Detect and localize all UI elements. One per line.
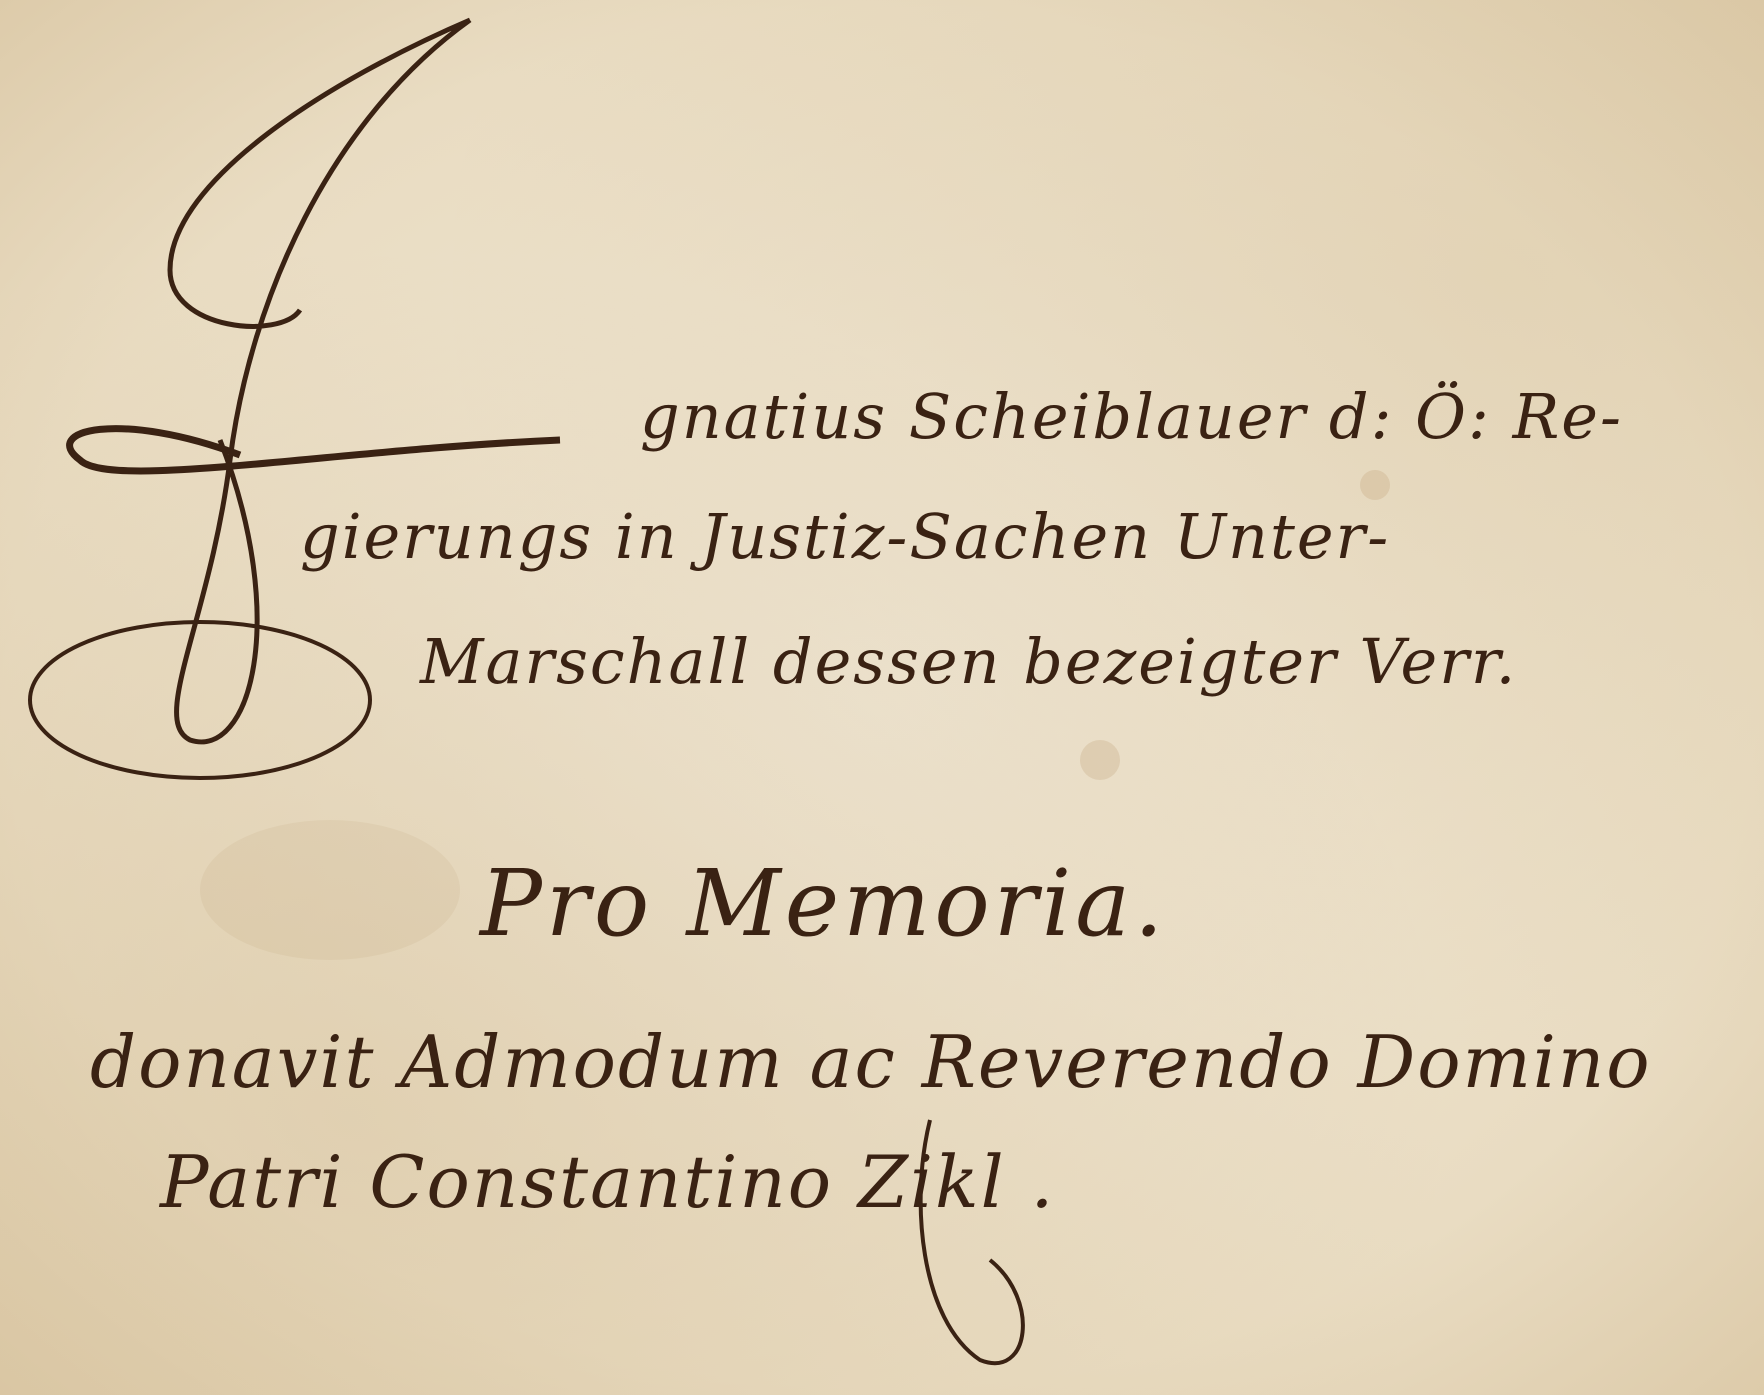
ink-stain [1080, 740, 1120, 780]
paper-stain [200, 820, 460, 960]
text-line-3: Marschall dessen bezeigter Verr. [420, 625, 1517, 698]
ink-stain [1360, 470, 1390, 500]
signature-flourish [900, 1080, 1200, 1380]
text-line-5: donavit Admodum ac Reverendo Domino [90, 1020, 1652, 1104]
text-line-1: gnatius Scheiblauer d: Ö: Re- [640, 380, 1623, 453]
pro-memoria-title: Pro Memoria. [480, 850, 1167, 957]
text-line-2: gierungs in Justiz-Sachen Unter- [300, 500, 1390, 573]
manuscript-page: gnatius Scheiblauer d: Ö: Re- gierungs i… [0, 0, 1764, 1395]
